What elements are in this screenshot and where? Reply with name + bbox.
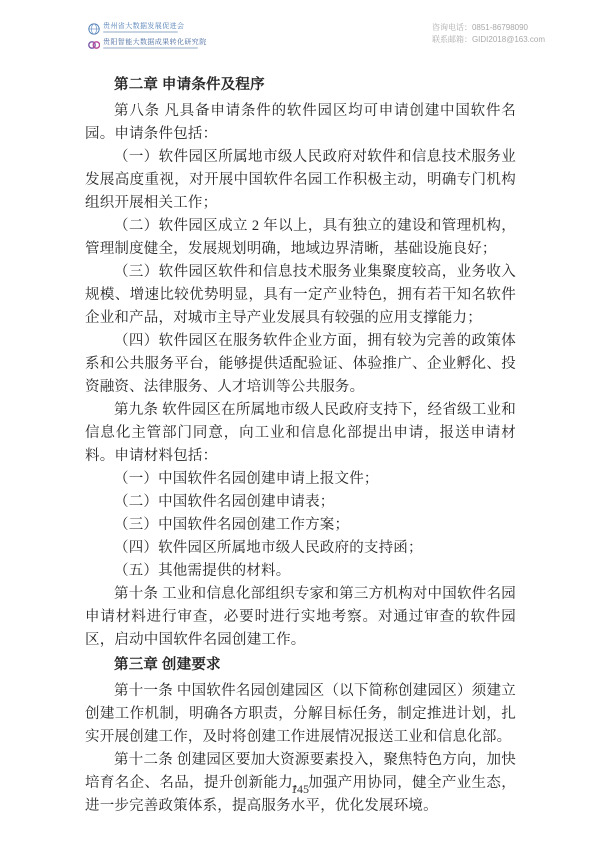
paragraph-material-1: （一）中国软件名园创建申请上报文件；: [85, 468, 516, 491]
association-logo-name: 贵州省大数据发展促进会: [103, 23, 184, 30]
paragraph-condition-1: （一）软件园区所属地市级人民政府对软件和信息技术服务业发展高度重视，对开展中国软…: [85, 146, 516, 215]
paragraph-article-8: 第八条 凡具备申请条件的软件园区均可申请创建中国软件名园。申请条件包括：: [85, 100, 516, 146]
paragraph-condition-4: （四）软件园区在服务软件企业方面，拥有较为完善的政策体系和公共服务平台，能够提供…: [85, 330, 516, 399]
page-header: 贵州省大数据发展促进会 贵阳智能大数据成果转化研究院 咨询电话：0851-8: [88, 22, 545, 62]
email-address: GIDI2018@163.com: [472, 35, 545, 44]
email-label: 联系邮箱：: [432, 35, 472, 44]
document-page: 贵州省大数据发展促进会 贵阳智能大数据成果转化研究院 咨询电话：0851-8: [0, 0, 600, 848]
paragraph-article-9: 第九条 软件园区在所属地市级人民政府支持下，经省级工业和信息化主管部门同意，向工…: [85, 399, 516, 468]
association-logo-subtitle-line: [103, 31, 178, 33]
paragraph-article-10: 第十条 工业和信息化部组织专家和第三方机构对中国软件名园申请材料进行审查，必要时…: [85, 583, 516, 652]
contact-info: 咨询电话：0851-86798090 联系邮箱：GIDI2018@163.com: [432, 22, 545, 46]
document-body: 第二章 申请条件及程序 第八条 凡具备申请条件的软件园区均可申请创建中国软件名园…: [85, 72, 516, 818]
paragraph-condition-2: （二）软件园区成立 2 年以上，具有独立的建设和管理机构，管理制度健全，发展规划…: [85, 215, 516, 261]
go-swirl-icon: [88, 38, 100, 50]
page-number: 145: [291, 782, 309, 796]
paragraph-material-5: （五）其他需提供的材料。: [85, 560, 516, 583]
chapter-heading-3: 第三章 创建要求: [85, 654, 516, 677]
contact-phone-line: 咨询电话：0851-86798090: [432, 22, 545, 34]
chapter-heading-2: 第二章 申请条件及程序: [85, 74, 516, 97]
globe-emblem-icon: [88, 22, 100, 34]
logo-association: 贵州省大数据发展促进会: [88, 22, 207, 34]
logo-institute: 贵阳智能大数据成果转化研究院: [88, 38, 207, 50]
contact-email-line: 联系邮箱：GIDI2018@163.com: [432, 34, 545, 46]
logo-block: 贵州省大数据发展促进会 贵阳智能大数据成果转化研究院: [88, 22, 207, 50]
paragraph-condition-3: （三）软件园区软件和信息技术服务业集聚度较高，业务收入规模、增速比较优势明显，具…: [85, 261, 516, 330]
paragraph-material-2: （二）中国软件名园创建申请表；: [85, 491, 516, 514]
phone-number: 0851-86798090: [472, 23, 528, 32]
paragraph-material-4: （四）软件园区所属地市级人民政府的支持函；: [85, 537, 516, 560]
institute-logo-name: 贵阳智能大数据成果转化研究院: [103, 39, 207, 46]
paragraph-article-11: 第十一条 中国软件名园创建园区（以下简称创建园区）须建立创建工作机制，明确各方职…: [85, 680, 516, 749]
page-footer: 145: [0, 782, 600, 797]
paragraph-material-3: （三）中国软件名园创建工作方案；: [85, 514, 516, 537]
institute-logo-subtitle-line: [103, 47, 198, 49]
phone-label: 咨询电话：: [432, 23, 472, 32]
